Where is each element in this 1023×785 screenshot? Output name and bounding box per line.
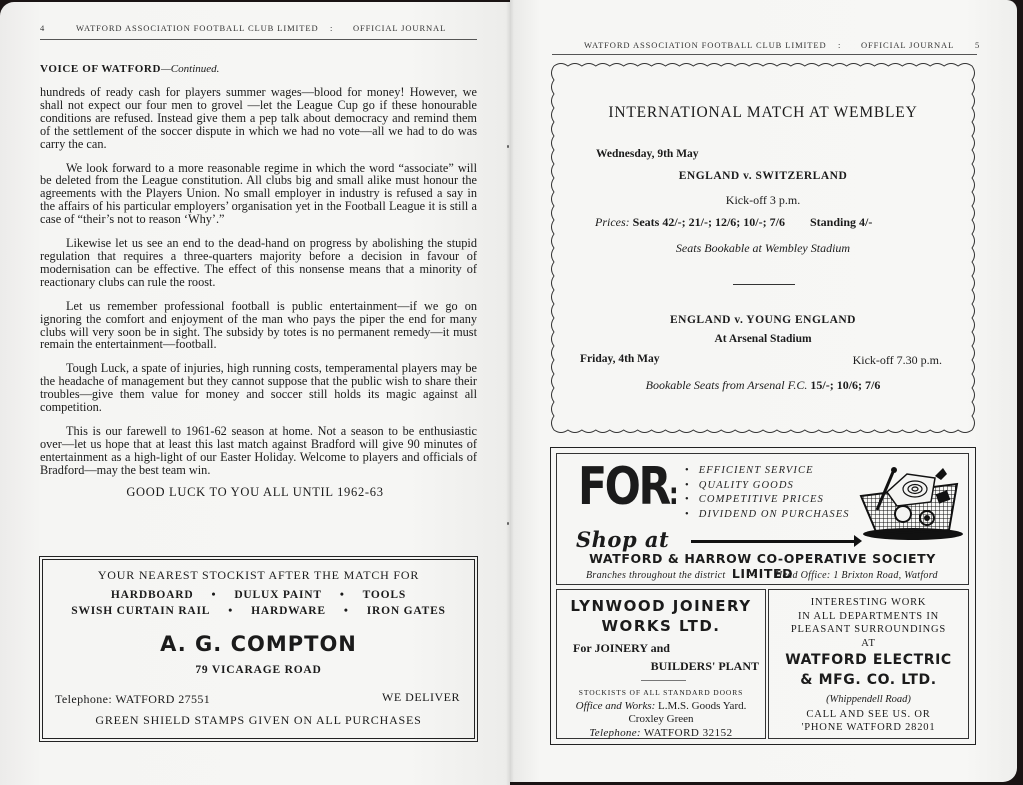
- running-head-journal: OFFICIAL JOURNAL: [861, 40, 954, 50]
- bullet-icon: •: [685, 480, 690, 491]
- article-paragraph: Tough Luck, a spate of injuries, high ru…: [40, 362, 477, 414]
- lynwood-office-value: L.M.S. Goods Yard.: [658, 700, 746, 712]
- compton-item: DULUX PAINT: [234, 589, 322, 601]
- match1-kickoff: Kick-off 3 p.m.: [550, 193, 976, 208]
- coop-dash: - -: [747, 570, 757, 581]
- running-head-title: WATFORD ASSOCIATION FOOTBALL CLUB LIMITE…: [76, 23, 318, 33]
- article-paragraph: Let us remember professional football is…: [40, 300, 477, 352]
- coop-benefits-list: •EFFICIENT SERVICE•QUALITY GOODS•COMPETI…: [685, 464, 850, 522]
- compton-delivery: WE DELIVER: [382, 690, 460, 705]
- match1-fixture: ENGLAND v. SWITZERLAND: [550, 170, 976, 182]
- watford-electric-call-line-2: 'PHONE WATFORD 28201: [769, 721, 968, 734]
- coop-head-office: Head Office: 1 Brixton Road, Watford: [775, 570, 938, 581]
- advert-coop: FOR: •EFFICIENT SERVICE•QUALITY GOODS•CO…: [556, 453, 969, 585]
- prices-label: Prices:: [595, 215, 630, 229]
- coop-branches: Branches throughout the district: [586, 570, 726, 581]
- match2-venue: At Arsenal Stadium: [550, 333, 976, 345]
- running-head-separator: :: [330, 23, 333, 33]
- header-rule: [40, 39, 477, 40]
- article-paragraph: Likewise let us see an end to the dead-h…: [40, 237, 477, 289]
- lynwood-office-line-2: Croxley Green: [557, 713, 765, 725]
- lynwood-telephone-value: WATFORD 32152: [644, 727, 733, 739]
- watford-electric-call: CALL AND SEE US. OR 'PHONE WATFORD 28201: [769, 708, 968, 734]
- coop-benefit-text: COMPETITIVE PRICES: [699, 494, 824, 505]
- left-page: 4 WATFORD ASSOCIATION FOOTBALL CLUB LIMI…: [0, 2, 510, 785]
- section-divider: [733, 284, 795, 285]
- page-gutter: [506, 0, 514, 785]
- article-body: hundreds of ready cash for players summe…: [40, 86, 477, 488]
- lynwood-plant-line: BUILDERS' PLANT: [651, 659, 759, 674]
- right-page: WATFORD ASSOCIATION FOOTBALL CLUB LIMITE…: [510, 0, 1017, 782]
- page-number: 4: [40, 23, 45, 33]
- watford-electric-name-line-2: & MFG. CO. LTD.: [769, 670, 968, 690]
- compton-item: IRON GATES: [367, 605, 446, 617]
- article-paragraph: hundreds of ready cash for players summe…: [40, 86, 477, 151]
- compton-item: HARDBOARD: [111, 589, 194, 601]
- seat-prices: Seats 42/-; 21/-; 12/6; 10/-; 7/6: [633, 215, 785, 229]
- standing-price: Standing 4/-: [810, 215, 872, 229]
- match2-date: Friday, 4th May: [580, 353, 660, 365]
- lynwood-divider: [641, 680, 686, 681]
- compton-telephone: Telephone: WATFORD 27551: [55, 692, 210, 707]
- arrow-right-icon: [691, 540, 856, 543]
- lynwood-telephone: Telephone: WATFORD 32152: [557, 727, 765, 739]
- compton-item: SWISH CURTAIN RAIL: [71, 605, 210, 617]
- coop-benefit: •COMPETITIVE PRICES: [685, 493, 850, 508]
- international-match-notice: INTERNATIONAL MATCH AT WEMBLEY Wednesday…: [550, 62, 976, 434]
- lynwood-for-line: For JOINERY and: [573, 641, 670, 656]
- compton-address: 79 VICARAGE ROAD: [43, 664, 474, 676]
- watford-electric-intro-line: AT: [769, 637, 968, 651]
- lynwood-telephone-label: Telephone:: [589, 727, 640, 739]
- advert-lynwood: LYNWOOD JOINERY WORKS LTD. For JOINERY a…: [556, 589, 766, 739]
- article-heading: VOICE OF WATFORD—Continued.: [40, 63, 219, 75]
- bullet-icon: •: [685, 494, 690, 505]
- coop-headline-text: FOR: [578, 457, 669, 517]
- coop-benefit-text: DIVIDEND ON PURCHASES: [699, 509, 850, 520]
- compton-items-row-1: HARDBOARD•DULUX PAINT•TOOLS: [43, 589, 474, 601]
- article-signoff: GOOD LUCK TO YOU ALL UNTIL 1962-63: [0, 485, 510, 500]
- compton-item: HARDWARE: [251, 605, 326, 617]
- compton-item: TOOLS: [363, 589, 406, 601]
- watford-electric-name: WATFORD ELECTRIC & MFG. CO. LTD.: [769, 650, 968, 690]
- advert-compton: YOUR NEAREST STOCKIST AFTER THE MATCH FO…: [42, 559, 475, 739]
- watford-electric-name-line-1: WATFORD ELECTRIC: [769, 650, 968, 670]
- coop-shop-at: Shop at: [576, 527, 669, 552]
- article-heading-title: VOICE OF WATFORD: [40, 63, 161, 75]
- coop-headline-colon: :: [669, 477, 679, 512]
- coop-benefit: •DIVIDEND ON PURCHASES: [685, 508, 850, 523]
- lynwood-office-label: Office and Works:: [576, 700, 656, 712]
- match1-date: Wednesday, 9th May: [596, 148, 699, 160]
- compton-business-name: A. G. COMPTON: [43, 632, 474, 656]
- advert-watford-electric: INTERESTING WORK IN ALL DEPARTMENTS IN P…: [768, 589, 969, 739]
- lynwood-name-line-1: LYNWOOD JOINERY: [557, 596, 765, 616]
- booking-prices: 15/-; 10/6; 7/6: [810, 378, 880, 392]
- lynwood-name-line-2: WORKS LTD.: [557, 616, 765, 636]
- match2-fixture: ENGLAND v. YOUNG ENGLAND: [550, 314, 976, 326]
- article-paragraph: This is our farewell to 1961-62 season a…: [40, 425, 477, 477]
- bullet-icon: •: [344, 605, 349, 617]
- lynwood-name: LYNWOOD JOINERY WORKS LTD.: [557, 596, 765, 636]
- page-number: 5: [975, 40, 980, 50]
- lynwood-office: Office and Works: L.M.S. Goods Yard.: [557, 700, 765, 712]
- compton-stamps: GREEN SHIELD STAMPS GIVEN ON ALL PURCHAS…: [43, 713, 474, 728]
- match2-booking: Bookable Seats from Arsenal F.C. 15/-; 1…: [550, 378, 976, 393]
- watford-electric-intro-line: INTERESTING WORK: [769, 596, 968, 610]
- watford-electric-road: (Whippendell Road): [769, 694, 968, 705]
- coop-headline: FOR:: [578, 461, 679, 513]
- coop-benefit-text: EFFICIENT SERVICE: [699, 465, 814, 476]
- bullet-icon: •: [228, 605, 233, 617]
- compton-intro: YOUR NEAREST STOCKIST AFTER THE MATCH FO…: [43, 568, 474, 583]
- coop-benefit-text: QUALITY GOODS: [699, 480, 794, 491]
- shopping-basket-icon: [847, 462, 969, 542]
- bullet-icon: •: [212, 589, 217, 601]
- watford-electric-intro: INTERESTING WORK IN ALL DEPARTMENTS IN P…: [769, 596, 968, 650]
- match1-booking: Seats Bookable at Wembley Stadium: [550, 241, 976, 256]
- compton-items-row-2: SWISH CURTAIN RAIL•HARDWARE•IRON GATES: [43, 605, 474, 617]
- bullet-icon: •: [340, 589, 345, 601]
- lynwood-stockists: STOCKISTS OF ALL STANDARD DOORS: [557, 688, 765, 697]
- booking-label: Bookable Seats from Arsenal F.C.: [646, 378, 808, 392]
- header-rule: [552, 54, 977, 55]
- bullet-icon: •: [685, 509, 690, 520]
- watford-electric-call-line-1: CALL AND SEE US. OR: [769, 708, 968, 721]
- bullet-icon: •: [685, 465, 690, 476]
- advert-block: FOR: •EFFICIENT SERVICE•QUALITY GOODS•CO…: [550, 447, 976, 745]
- running-head-title: WATFORD ASSOCIATION FOOTBALL CLUB LIMITE…: [584, 40, 826, 50]
- coop-benefit: •EFFICIENT SERVICE: [685, 464, 850, 479]
- match1-prices: Prices: Seats 42/-; 21/-; 12/6; 10/-; 7/…: [595, 215, 872, 230]
- match2-kickoff: Kick-off 7.30 p.m.: [853, 353, 942, 368]
- running-head-separator: :: [838, 40, 841, 50]
- article-heading-continued: —Continued.: [161, 63, 219, 75]
- running-head-journal: OFFICIAL JOURNAL: [353, 23, 446, 33]
- watford-electric-intro-line: IN ALL DEPARTMENTS IN: [769, 610, 968, 624]
- article-paragraph: We look forward to a more reasonable reg…: [40, 162, 477, 227]
- watford-electric-intro-line: PLEASANT SURROUNDINGS: [769, 623, 968, 637]
- notice-title: INTERNATIONAL MATCH AT WEMBLEY: [550, 104, 976, 122]
- coop-benefit: •QUALITY GOODS: [685, 479, 850, 494]
